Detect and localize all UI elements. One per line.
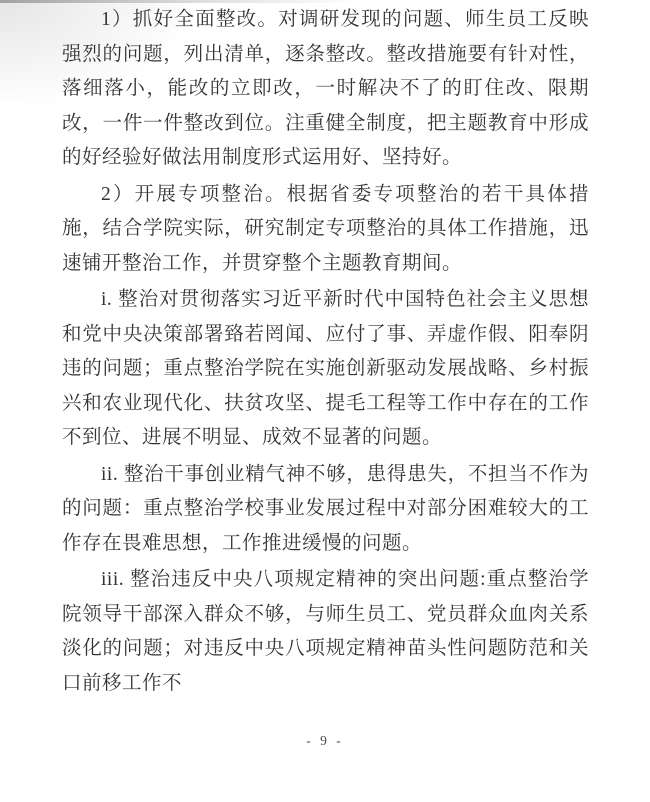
paragraph-item-iii: iii. 整治违反中央八项规定精神的突出问题:重点整治学院领导干部深入群众不够，… — [62, 563, 589, 701]
paragraph-full-rectification: 1）抓好全面整改。对调研发现的问题、师生员工反映强烈的问题，列出清单，逐条整改。… — [62, 3, 589, 176]
paragraph-special-rectification: 2）开展专项整治。根据省委专项整治的若干具体措施，结合学院实际，研究制定专项整治… — [62, 178, 589, 282]
paragraph-item-ii: ii. 整治干事创业精气神不够，患得患失，不担当不作为 的问题：重点整治学校事业… — [62, 458, 589, 562]
document-page: 1）抓好全面整改。对调研发现的问题、师生员工反映强烈的问题，列出清单，逐条整改。… — [0, 0, 650, 802]
document-body: 1）抓好全面整改。对调研发现的问题、师生员工反映强烈的问题，列出清单，逐条整改。… — [62, 0, 589, 703]
page-number: - 9 - — [0, 731, 650, 751]
paragraph-item-i: i. 整治对贯彻落实习近平新时代中国特色社会主义思想和党中央决策部署臵若罔闻、应… — [62, 283, 589, 456]
